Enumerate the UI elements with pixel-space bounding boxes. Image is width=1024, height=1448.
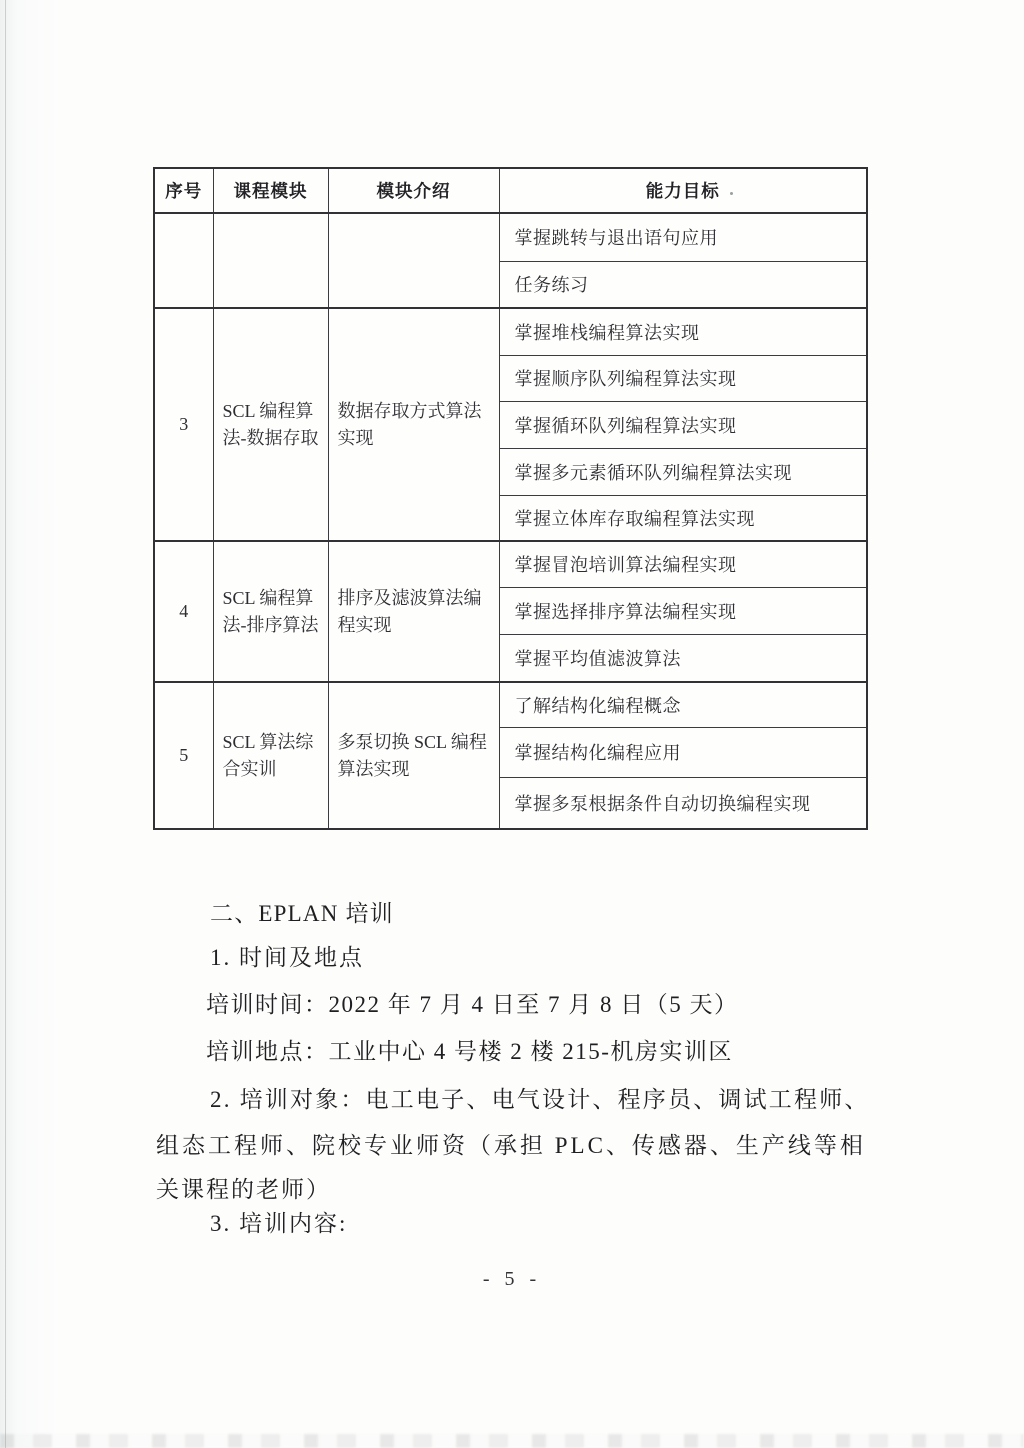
paragraph-line: 组态工程师、院校专业师资（承担 PLC、传感器、生产线等相 <box>156 1131 866 1161</box>
table-header-row: 序号 课程模块 模块介绍 能力目标 <box>154 168 867 213</box>
cell-seq: 5 <box>154 682 213 829</box>
table-row: 4 SCL 编程算法-排序算法 排序及滤波算法编程实现 掌握冒泡培训算法编程实现 <box>154 541 867 587</box>
column-header-goal: 能力目标 <box>499 168 867 213</box>
cell-intro: 排序及滤波算法编程实现 <box>328 541 499 682</box>
table-row: 3 SCL 编程算法-数据存取 数据存取方式算法实现 掌握堆栈编程算法实现 <box>154 308 867 355</box>
cell-module: SCL 编程算法-数据存取 <box>213 308 328 541</box>
cell-goal: 掌握多元素循环队列编程算法实现 <box>499 448 867 495</box>
cell-seq: 4 <box>154 541 213 682</box>
cell-goal: 掌握跳转与退出语句应用 <box>499 213 867 261</box>
paragraph-line: 培训时间：2022 年 7 月 4 日至 7 月 8 日（5 天） <box>206 990 739 1020</box>
paragraph-line: 3. 培训内容: <box>210 1209 347 1239</box>
cell-module: SCL 算法综合实训 <box>213 682 328 829</box>
paragraph-line: 1. 时间及地点 <box>210 943 364 973</box>
cell-goal: 掌握循环队列编程算法实现 <box>499 401 867 448</box>
column-header-module: 课程模块 <box>213 168 328 213</box>
cell-goal: 任务练习 <box>499 261 867 308</box>
cell-seq <box>154 213 213 308</box>
column-header-intro: 模块介绍 <box>328 168 499 213</box>
cell-goal: 掌握立体库存取编程算法实现 <box>499 495 867 541</box>
paragraph-line: 培训地点：工业中心 4 号楼 2 楼 215-机房实训区 <box>206 1037 733 1067</box>
paragraph-line: 2. 培训对象：电工电子、电气设计、程序员、调试工程师、 <box>210 1085 870 1115</box>
scan-bottom-artifact <box>0 1434 1024 1448</box>
cell-module: SCL 编程算法-排序算法 <box>213 541 328 682</box>
cell-goal: 掌握选择排序算法编程实现 <box>499 587 867 634</box>
table-row: 5 SCL 算法综合实训 多泵切换 SCL 编程算法实现 了解结构化编程概念 <box>154 682 867 727</box>
table-row: 掌握跳转与退出语句应用 <box>154 213 867 261</box>
cell-goal: 掌握顺序队列编程算法实现 <box>499 355 867 401</box>
cell-module <box>213 213 328 308</box>
column-header-seq: 序号 <box>154 168 213 213</box>
cell-goal: 掌握多泵根据条件自动切换编程实现 <box>499 777 867 829</box>
cell-seq: 3 <box>154 308 213 541</box>
paragraph-line: 关课程的老师） <box>156 1175 331 1205</box>
cell-intro: 数据存取方式算法实现 <box>328 308 499 541</box>
cell-intro: 多泵切换 SCL 编程算法实现 <box>328 682 499 829</box>
cell-goal: 掌握冒泡培训算法编程实现 <box>499 541 867 587</box>
cell-goal: 掌握平均值滤波算法 <box>499 634 867 682</box>
course-table: 序号 课程模块 模块介绍 能力目标 掌握跳转与退出语句应用 任务练习 3 SCL… <box>153 167 868 830</box>
section-heading: 二、EPLAN 培训 <box>210 899 394 929</box>
scan-edge-artifact <box>5 0 6 1448</box>
cell-goal: 了解结构化编程概念 <box>499 682 867 727</box>
cell-intro <box>328 213 499 308</box>
cell-goal: 掌握结构化编程应用 <box>499 727 867 777</box>
document-page: 序号 课程模块 模块介绍 能力目标 掌握跳转与退出语句应用 任务练习 3 SCL… <box>0 0 1024 1448</box>
page-number: - 5 - <box>0 1268 1024 1291</box>
cell-goal: 掌握堆栈编程算法实现 <box>499 308 867 355</box>
